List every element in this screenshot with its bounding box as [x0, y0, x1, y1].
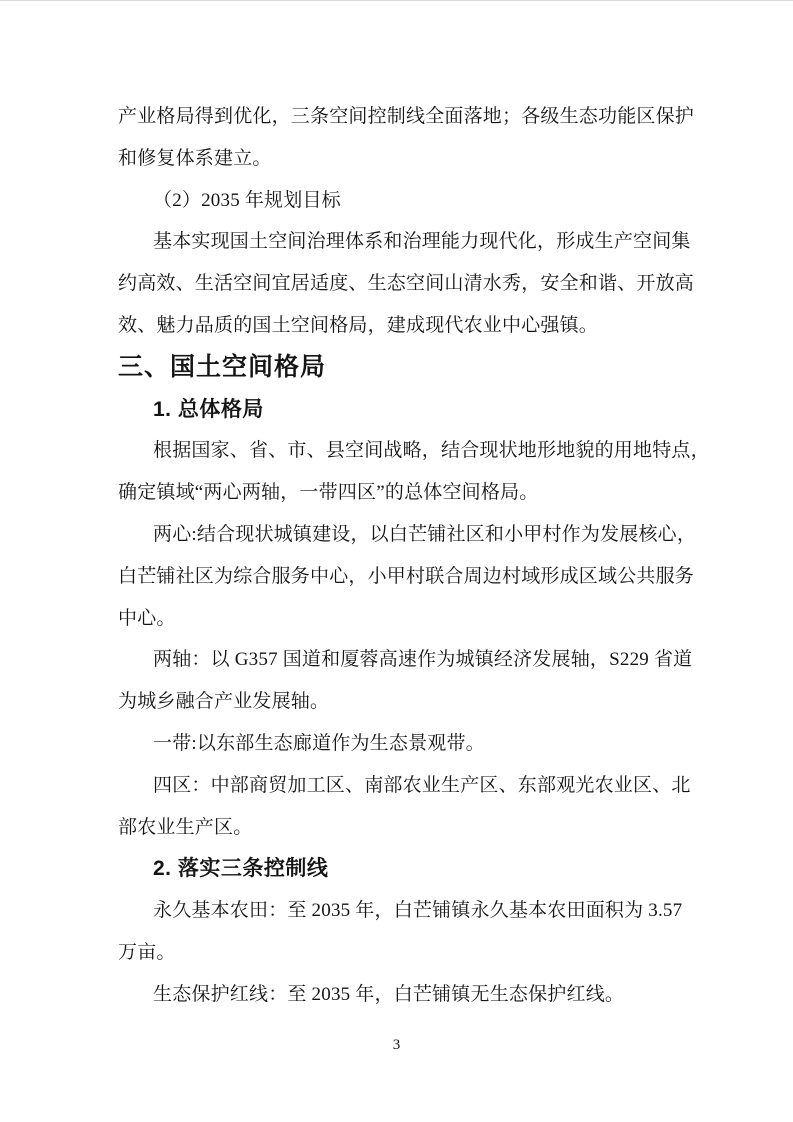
text-line: 和修复体系建立。 [118, 138, 680, 180]
section-heading: 三、国土空间格局 [118, 347, 680, 389]
paragraph: 四区：中部商贸加工区、南部农业生产区、东部观光农业区、北部农业生产区。 [118, 765, 680, 849]
document-body: 产业格局得到优化，三条空间控制线全面落地；各级生态功能区保护和修复体系建立。（2… [118, 96, 680, 1016]
document-page: 产业格局得到优化，三条空间控制线全面落地；各级生态功能区保护和修复体系建立。（2… [0, 0, 793, 1122]
text-line: 2. 落实三条控制线 [118, 848, 680, 890]
text-line: 根据国家、省、市、县空间战略，结合现状地形地貌的用地特点， [118, 430, 680, 472]
paragraph: （2）2035 年规划目标 [118, 180, 680, 222]
text-line: 确定镇域“两心两轴，一带四区”的总体空间格局。 [118, 472, 680, 514]
text-line: 1. 总体格局 [118, 389, 680, 431]
paragraph: 生态保护红线：至 2035 年，白芒铺镇无生态保护红线。 [118, 974, 680, 1016]
text-line: 产业格局得到优化，三条空间控制线全面落地；各级生态功能区保护 [118, 96, 680, 138]
text-line: 生态保护红线：至 2035 年，白芒铺镇无生态保护红线。 [118, 974, 680, 1016]
text-line: 中心。 [118, 598, 680, 640]
text-line: （2）2035 年规划目标 [118, 180, 680, 222]
text-line: 白芒铺社区为综合服务中心，小甲村联合周边村域形成区域公共服务 [118, 556, 680, 598]
text-line: 一带:以东部生态廊道作为生态景观带。 [118, 723, 680, 765]
subsection-heading: 1. 总体格局 [118, 389, 680, 431]
paragraph: 基本实现国土空间治理体系和治理能力现代化，形成生产空间集约高效、生活空间宜居适度… [118, 221, 680, 346]
text-line: 基本实现国土空间治理体系和治理能力现代化，形成生产空间集 [118, 221, 680, 263]
paragraph: 两心:结合现状城镇建设，以白芒铺社区和小甲村作为发展核心，白芒铺社区为综合服务中… [118, 514, 680, 639]
paragraph: 永久基本农田：至 2035 年，白芒铺镇永久基本农田面积为 3.57万亩。 [118, 890, 680, 974]
page-number: 3 [0, 1037, 793, 1054]
text-line: 两轴：以 G357 国道和厦蓉高速作为城镇经济发展轴，S229 省道 [118, 639, 680, 681]
text-line: 两心:结合现状城镇建设，以白芒铺社区和小甲村作为发展核心， [118, 514, 680, 556]
paragraph: 一带:以东部生态廊道作为生态景观带。 [118, 723, 680, 765]
text-line: 部农业生产区。 [118, 807, 680, 849]
text-line: 效、魅力品质的国土空间格局，建成现代农业中心强镇。 [118, 305, 680, 347]
text-line: 三、国土空间格局 [118, 347, 680, 389]
subsection-heading: 2. 落实三条控制线 [118, 848, 680, 890]
paragraph: 根据国家、省、市、县空间战略，结合现状地形地貌的用地特点，确定镇域“两心两轴，一… [118, 430, 680, 514]
text-line: 万亩。 [118, 932, 680, 974]
text-line: 永久基本农田：至 2035 年，白芒铺镇永久基本农田面积为 3.57 [118, 890, 680, 932]
paragraph: 产业格局得到优化，三条空间控制线全面落地；各级生态功能区保护和修复体系建立。 [118, 96, 680, 180]
text-line: 四区：中部商贸加工区、南部农业生产区、东部观光农业区、北 [118, 765, 680, 807]
text-line: 约高效、生活空间宜居适度、生态空间山清水秀，安全和谐、开放高 [118, 263, 680, 305]
text-line: 为城乡融合产业发展轴。 [118, 681, 680, 723]
paragraph: 两轴：以 G357 国道和厦蓉高速作为城镇经济发展轴，S229 省道为城乡融合产… [118, 639, 680, 723]
